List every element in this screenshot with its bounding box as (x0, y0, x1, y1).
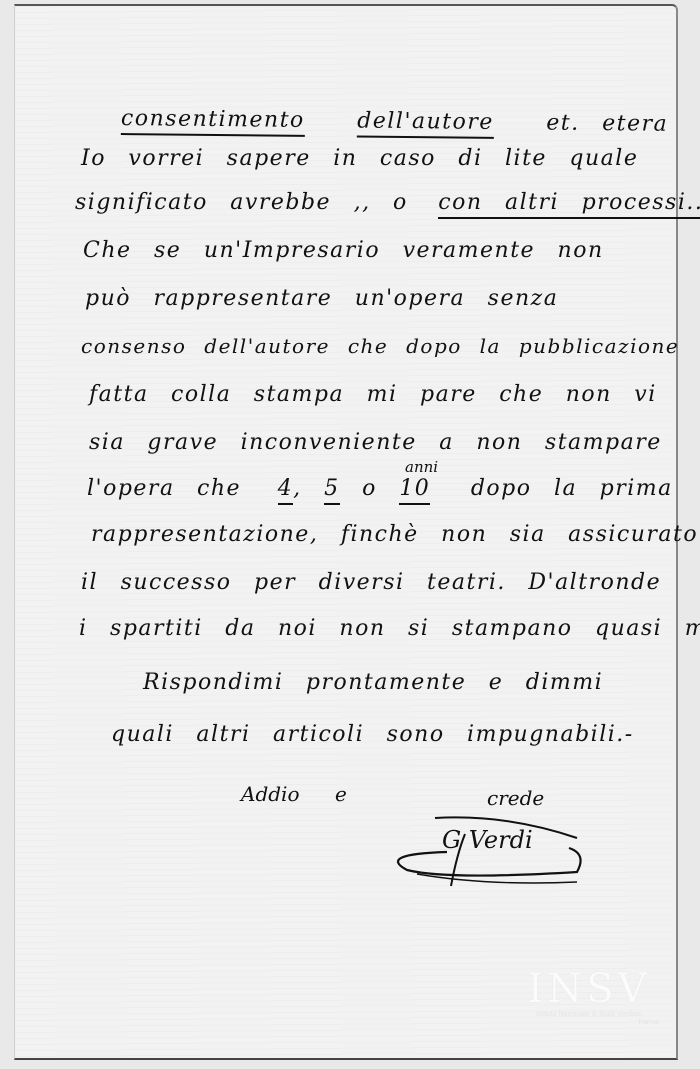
letter-line-12: i spartiti da noi non si stampano quasi … (79, 616, 700, 641)
letter-line-6: consenso dell'autore che dopo la pubblic… (81, 334, 679, 358)
signature: G Verdi (387, 814, 597, 894)
insv-watermark: INSV Istituto Nazionale di Studi Verdian… (515, 968, 663, 1028)
underlined-word: consentimento (121, 106, 305, 137)
text-fragment: l'opera che (87, 476, 241, 501)
superscript-anni: anni (405, 458, 438, 476)
letter-paper: consentimento dell'autore et. etera Io v… (14, 4, 678, 1060)
letter-line-10: rappresentazione, finchè non sia assicur… (91, 522, 698, 547)
letter-line-4: Che se un'Impresario veramente non (83, 238, 604, 263)
text-fragment: o (340, 476, 400, 501)
underlined-number: 10 (399, 476, 430, 505)
closing-addio: Addio (241, 782, 300, 806)
letter-line-9: l'opera che 4, 5 o 10 dopo la prima (87, 476, 673, 501)
underlined-number: 5 (324, 476, 340, 505)
letter-line-13: Rispondimi prontamente e dimmi (143, 670, 603, 695)
text-fragment: et. etera (546, 110, 668, 136)
underlined-number: 4 (278, 476, 294, 505)
letter-line-1: consentimento dell'autore et. etera (121, 106, 668, 137)
text-fragment: dopo la prima (471, 476, 673, 501)
closing-crede: crede (487, 786, 544, 810)
letter-line-8: sia grave inconveniente a non stampare (89, 430, 662, 455)
letter-line-2: Io vorrei sapere in caso di lite quale (81, 146, 638, 171)
watermark-letters: INSV (515, 968, 663, 1010)
text-fragment: , (293, 476, 324, 501)
letter-line-11: il successo per diversi teatri. D'altron… (81, 570, 661, 595)
scanned-letter: consentimento dell'autore et. etera Io v… (0, 0, 700, 1069)
text-fragment: significato avrebbe ,, o (75, 190, 408, 215)
letter-line-5: può rappresentare un'opera senza (85, 286, 558, 311)
signature-text: G Verdi (442, 826, 533, 854)
closing-e: e (335, 782, 347, 806)
letter-line-14: quali altri articoli sono impugnabili.- (111, 722, 634, 747)
watermark-place: Parma (515, 1019, 663, 1026)
underlined-word: dell'autore (357, 108, 494, 138)
letter-line-7: fatta colla stampa mi pare che non vi (89, 382, 657, 407)
letter-line-3: significato avrebbe ,, o con altri proce… (75, 190, 700, 215)
watermark-institution: Istituto Nazionale di Studi Verdiani (515, 1010, 663, 1019)
underlined-phrase: con altri processi.. (438, 190, 700, 219)
